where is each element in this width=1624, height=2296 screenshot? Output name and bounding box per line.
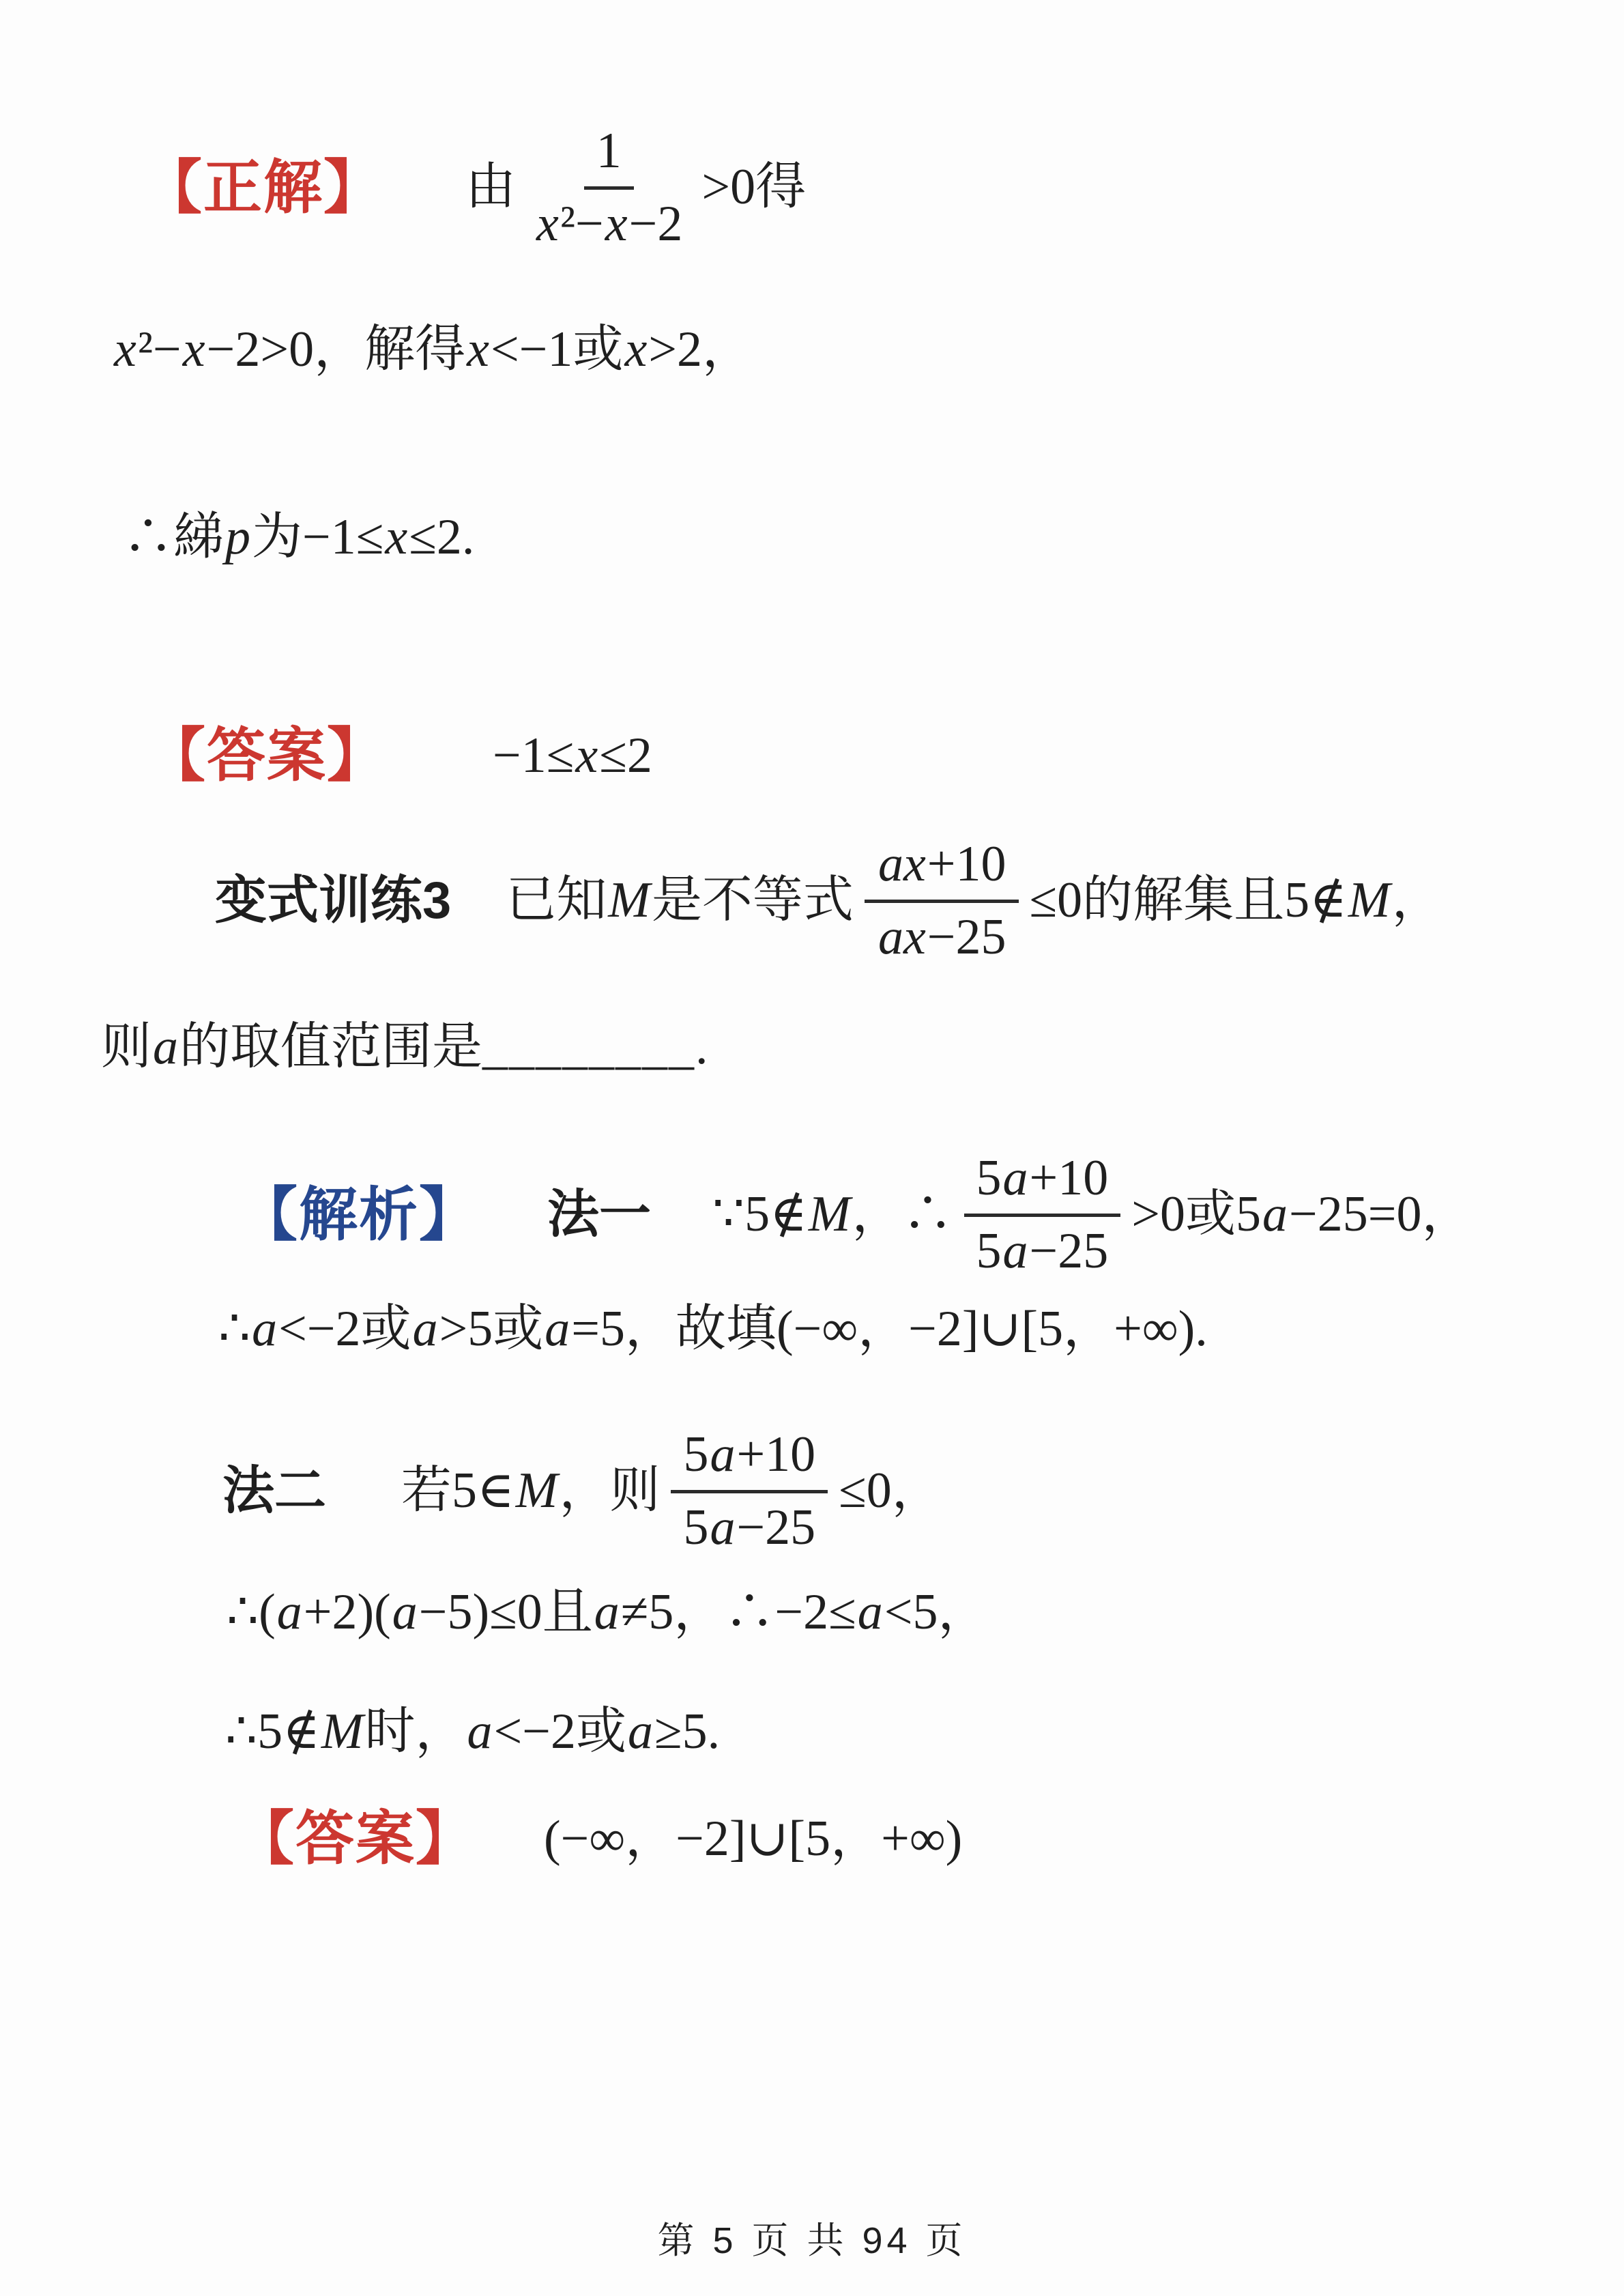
solution-prefix: 由: [465, 158, 516, 216]
method2-premise: 若5∈M，则: [401, 1462, 660, 1520]
negation-p-conclusion: ∴綈p为−1≤x≤2.: [123, 508, 474, 566]
range-question-text: 则a的取值范围是: [101, 1018, 482, 1076]
analysis-method2-line: 法二 若5∈M，则 5a+10 5a−25 ≤0，: [222, 1409, 942, 1573]
exercise-question-line: 则a的取值范围是 ________ .: [101, 1018, 708, 1076]
solution-line-2: x²−x−2>0，解得x<−1或x>2，: [113, 321, 753, 379]
inequality-solve-step: x²−x−2>0，解得x<−1或x>2，: [113, 321, 753, 379]
fraction-denominator: 5a−25: [968, 1217, 1117, 1280]
period: .: [695, 1018, 708, 1076]
solution-suffix: >0得: [701, 158, 806, 216]
exercise-heading: 变式训练3: [215, 871, 451, 930]
page-number-footer: 第 5 页 共 94 页: [0, 2220, 1624, 2262]
method2-conclusion: ∴5∉M时，a<−2或a≥5.: [225, 1703, 720, 1761]
method1-premise: ∵5∉M，∴: [712, 1186, 953, 1244]
method2-step: ∴(a+2)(a−5)≤0且a≠5，∴−2≤a<5，: [227, 1583, 988, 1641]
fraction-denominator: x²−x−2: [527, 190, 691, 253]
fraction-denominator: 5a−25: [675, 1493, 824, 1557]
method1-conclusion-line: ∴a<−2或a>5或a=5，故填(−∞，−2]∪[5，+∞).: [218, 1300, 1208, 1358]
jiexi-label: 【解析】: [239, 1181, 479, 1249]
fraction-denominator: ax−25: [869, 903, 1015, 966]
answer-line-2: 【答案】 (−∞，−2]∪[5，+∞): [235, 1805, 962, 1873]
solution-line-3: ∴綈p为−1≤x≤2.: [123, 508, 474, 566]
fraction-ax-over-ax: ax+10 ax−25: [865, 835, 1019, 966]
method1-conclusion: ∴a<−2或a>5或a=5，故填(−∞，−2]∪[5，+∞).: [218, 1300, 1208, 1358]
method2-heading: 法二: [222, 1461, 326, 1521]
method2-conclusion-line: ∴5∉M时，a<−2或a≥5.: [225, 1703, 720, 1761]
answer-1-value: −1≤x≤2: [493, 727, 652, 785]
fraction-numerator: 1: [584, 122, 634, 189]
solution-first-line: 【正解】 由 1 x²−x−2 >0得: [143, 109, 806, 266]
fraction-numerator: 5a+10: [671, 1426, 828, 1493]
daan-label: 【答案】: [235, 1805, 476, 1873]
fraction-numerator: ax+10: [865, 835, 1019, 902]
answer-line-1: 【答案】 −1≤x≤2: [147, 722, 652, 790]
fraction-numerator: 5a+10: [964, 1149, 1121, 1216]
zhengjie-label: 【正解】: [143, 154, 383, 222]
exercise-line: 变式训练3 已知M是不等式 ax+10 ax−25 ≤0的解集且5∉M，: [215, 819, 1442, 983]
method2-step-line: ∴(a+2)(a−5)≤0且a≠5，∴−2≤a<5，: [227, 1583, 988, 1641]
exercise-condition: ≤0的解集且5∉M，: [1030, 872, 1442, 930]
page-indicator: 第 5 页 共 94 页: [657, 2220, 966, 2261]
answer-2-value: (−∞，−2]∪[5，+∞): [544, 1810, 962, 1868]
exercise-intro: 已知M是不等式: [506, 872, 854, 930]
fraction-1-over-quadratic: 1 x²−x−2: [527, 122, 691, 253]
analysis-method1-line: 【解析】 法一 ∵5∉M，∴ 5a+10 5a−25 >0或5a−25=0，: [239, 1133, 1472, 1297]
document-page: 【正解】 由 1 x²−x−2 >0得 x²−x−2>0，解得x<−1或x>2，…: [0, 0, 1624, 2296]
method1-condition: >0或5a−25=0，: [1131, 1186, 1472, 1244]
method2-condition: ≤0，: [839, 1462, 942, 1520]
fraction-5a-over-5a: 5a+10 5a−25: [671, 1426, 828, 1556]
method1-heading: 法一: [547, 1185, 651, 1244]
daan-label: 【答案】: [147, 722, 387, 790]
fraction-5a-over-5a: 5a+10 5a−25: [964, 1149, 1121, 1280]
answer-blank: ________: [482, 1018, 695, 1076]
